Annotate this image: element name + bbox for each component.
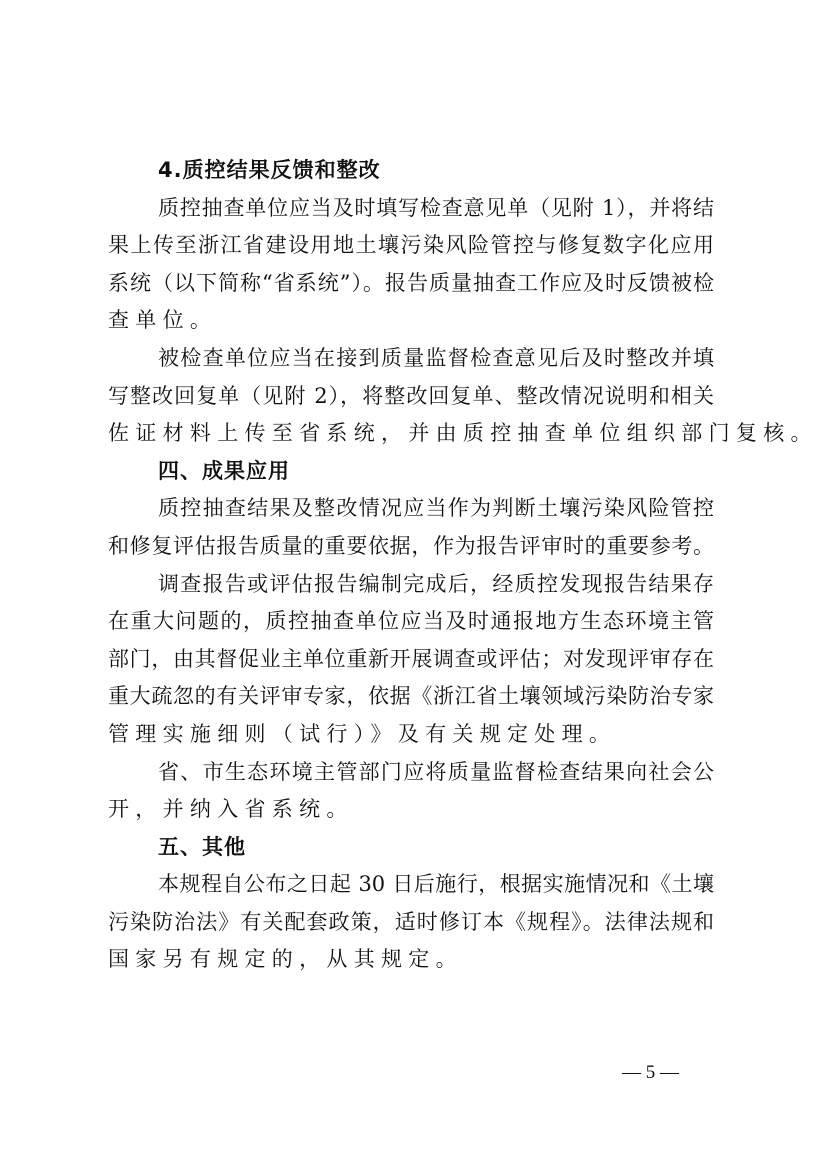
section-heading-results-application: 四、成果应用 [108,453,714,491]
paragraph-line: 被检查单位应当在接到质量监督检查意见后及时整改并填 [108,340,714,378]
paragraph-line: 查单位。 [108,302,714,340]
section-heading-other: 五、其他 [108,829,714,867]
paragraph-line: 写整改回复单（见附 2），将整改回复单、整改情况说明和相关 [108,378,714,416]
page-number: — 5 — [622,1062,679,1084]
section-heading-quality-feedback: 4.质控结果反馈和整改 [108,152,714,190]
paragraph-line: 调查报告或评估报告编制完成后，经质控发现报告结果存 [108,566,714,604]
document-page: 4.质控结果反馈和整改 质控抽查单位应当及时填写检查意见单（见附 1），并将结 … [0,0,827,1169]
paragraph-line: 管理实施细则（试行）》及有关规定处理。 [108,716,714,754]
paragraph-line: 省、市生态环境主管部门应将质量监督检查结果向社会公 [108,754,714,792]
paragraph-line: 质控抽查结果及整改情况应当作为判断土壤污染风险管控 [108,490,714,528]
paragraph-line: 开，并纳入省系统。 [108,791,714,829]
paragraph-line: 在重大问题的，质控抽查单位应当及时通报地方生态环境主管 [108,603,714,641]
paragraph-line: 部门，由其督促业主单位重新开展调查或评估；对发现评审存在 [108,641,714,679]
paragraph-line: 和修复评估报告质量的重要依据，作为报告评审时的重要参考。 [108,528,714,566]
paragraph-line: 佐证材料上传至省系统，并由质控抽查单位组织部门复核。 [108,415,714,453]
paragraph-line: 本规程自公布之日起 30 日后施行，根据实施情况和《土壤 [108,866,714,904]
paragraph-line: 污染防治法》有关配套政策，适时修订本《规程》。法律法规和 [108,904,714,942]
paragraph-line: 质控抽查单位应当及时填写检查意见单（见附 1），并将结 [108,190,714,228]
paragraph-line: 果上传至浙江省建设用地土壤污染风险管控与修复数字化应用 [108,227,714,265]
paragraph-line: 国家另有规定的，从其规定。 [108,941,714,979]
document-body: 4.质控结果反馈和整改 质控抽查单位应当及时填写检查意见单（见附 1），并将结 … [108,152,714,979]
paragraph-line: 系统（以下简称“省系统”）。报告质量抽查工作应及时反馈被检 [108,265,714,303]
paragraph-line: 重大疏忽的有关评审专家，依据《浙江省土壤领域污染防治专家 [108,678,714,716]
